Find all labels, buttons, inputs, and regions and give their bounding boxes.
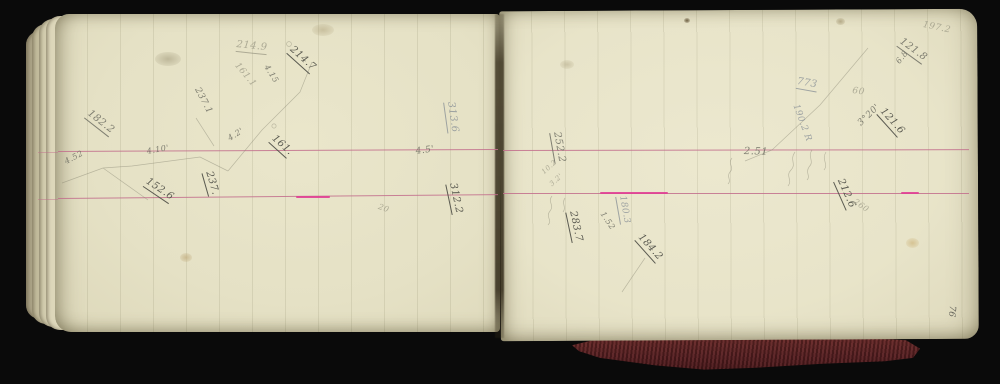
smudge: [155, 52, 181, 66]
fly-speck: [684, 18, 690, 23]
handwritten-annotation: 2.51: [744, 146, 769, 158]
smudge: [560, 60, 574, 69]
pink-line-right-2: [503, 193, 969, 194]
pink-line-retrace: [296, 196, 330, 198]
book-gutter: [495, 14, 504, 338]
handwritten-annotation: 60: [852, 86, 866, 98]
pink-line-stub: [38, 199, 58, 200]
right-page: [499, 9, 979, 341]
foxing-spot: [180, 253, 192, 262]
leather-cover-edge: [572, 336, 920, 378]
smudge: [312, 24, 334, 36]
foxing-spot: [906, 238, 919, 248]
pink-line-stub: [38, 152, 58, 153]
pink-line-retrace: [600, 192, 668, 194]
pink-line-retrace: [901, 192, 919, 194]
page-number: 76: [946, 305, 957, 317]
smudge: [836, 18, 845, 25]
pink-line-right-1: [503, 149, 969, 151]
notebook-scan: 182.24.52152.64.10'237.237.14.2'161.214.…: [0, 0, 1000, 384]
left-page: [55, 14, 500, 332]
